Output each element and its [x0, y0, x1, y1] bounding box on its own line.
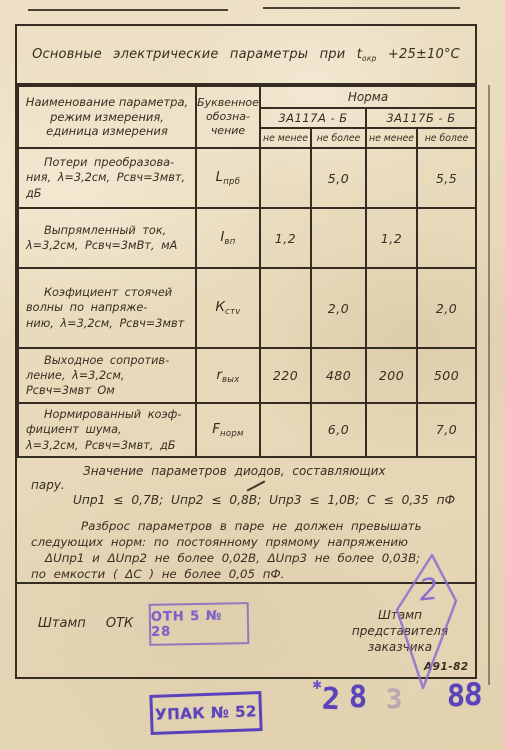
- param-name-cell: Выходное сопротив- ление, λ=3,2см, Рсвч=…: [18, 348, 196, 403]
- param-line: Коэфициент стоячей: [26, 285, 193, 300]
- value-cell: [417, 208, 476, 268]
- top-rule-right: [263, 7, 460, 9]
- table-row: Выпрямленный ток, λ=3,2см, Рсвч=3мВт, мА…: [18, 208, 476, 268]
- param-name-cell: Выпрямленный ток, λ=3,2см, Рсвч=3мВт, мА: [18, 208, 196, 268]
- table-row: Коэфициент стоячей волны по напряже- нию…: [18, 268, 476, 348]
- value-cell: [311, 208, 366, 268]
- header-line: обозна-: [197, 110, 259, 124]
- header-line: режим измерения,: [19, 110, 195, 125]
- header-device-a: 3А117А - Б: [260, 108, 366, 128]
- title-text: Основные электрические параметры при: [32, 47, 345, 62]
- value-cell: 200: [366, 348, 417, 403]
- header-line: единица измерения: [19, 124, 195, 139]
- param-line: Потери преобразова-: [26, 155, 193, 170]
- value-cell: 2,0: [311, 268, 366, 348]
- upak-rubber-stamp: УПАК № 52: [149, 691, 262, 735]
- value-cell: [366, 268, 417, 348]
- pair-note-line: пару.: [31, 478, 463, 492]
- param-line: λ=3,2см, Рсвч=3мВт, мА: [26, 238, 193, 253]
- param-line: Выпрямленный ток,: [26, 223, 193, 238]
- date-stamp-digit: 2: [321, 682, 340, 718]
- symbol-subscript: норм: [220, 429, 244, 439]
- title-row: Основные электрические параметры при tок…: [17, 26, 475, 85]
- symbol-cell: Lпрб: [196, 148, 260, 208]
- header-not-more: не более: [311, 128, 366, 148]
- param-line: волны по напряже-: [26, 300, 193, 315]
- symbol-main: К: [215, 299, 225, 315]
- header-device-b: 3А117Б - Б: [366, 108, 476, 128]
- param-line: фициент шума,: [26, 422, 193, 437]
- symbol-cell: Iвп: [196, 208, 260, 268]
- header-line: чение: [197, 124, 259, 138]
- value-cell: [260, 148, 311, 208]
- header-line: Буквенное: [197, 96, 259, 110]
- header-not-less: не менее: [260, 128, 311, 148]
- symbol-main: F: [212, 421, 220, 437]
- value-cell: [366, 403, 417, 457]
- value-cell: 5,0: [311, 148, 366, 208]
- title-symbol-sub: окр: [362, 54, 376, 63]
- value-cell: 5,5: [417, 148, 476, 208]
- diamond-stamp-number: 2: [417, 572, 440, 609]
- parameters-table: Наименование параметра, режим измерения,…: [17, 85, 477, 458]
- diamond-acceptance-stamp: 2: [392, 550, 464, 692]
- otk-rubber-stamp: ОТН 5 № 28: [149, 602, 250, 646]
- value-cell: 1,2: [366, 208, 417, 268]
- symbol-cell: Кстv: [196, 268, 260, 348]
- pair-note-line: Значение параметров диодов, составляющих: [31, 464, 463, 478]
- param-line: Нормированный коэф-: [26, 407, 193, 422]
- symbol-subscript: стv: [225, 307, 241, 317]
- pair-formula: Uпр1 ≤ 0,7В; Uпр2 ≤ 0,8В; Uпр3 ≤ 1,0В; С…: [31, 493, 463, 507]
- top-rule-left: [28, 9, 228, 11]
- header-not-more: не более: [417, 128, 476, 148]
- value-cell: [260, 403, 311, 457]
- param-line: нию, λ=3,2см, Рсвч=3мвт: [26, 316, 193, 331]
- param-name-cell: Потери преобразова- ния, λ=3,2см, Рсвч=3…: [18, 148, 196, 208]
- table-row: Выходное сопротив- ление, λ=3,2см, Рсвч=…: [18, 348, 476, 403]
- param-line: ния, λ=3,2см, Рсвч=3мвт, дБ: [26, 170, 193, 201]
- page-title: Основные электрические параметры при tок…: [32, 47, 460, 63]
- value-cell: 220: [260, 348, 311, 403]
- title-temperature: +25±10°С: [388, 47, 460, 62]
- value-cell: 1,2: [260, 208, 311, 268]
- header-symbol: Буквенное обозна- чение: [196, 86, 260, 148]
- value-cell: [260, 268, 311, 348]
- header-line: Наименование параметра,: [19, 95, 195, 110]
- spread-line: Разброс параметров в паре не должен прев…: [31, 518, 463, 534]
- otk-stamp-label: Штамп ОТК: [38, 616, 133, 631]
- value-cell: 7,0: [417, 403, 476, 457]
- param-line: ление, λ=3,2см, Рсвч=3мвт Ом: [26, 368, 193, 399]
- param-name-cell: Коэфициент стоячей волны по напряже- нию…: [18, 268, 196, 348]
- value-cell: 2,0: [417, 268, 476, 348]
- scanned-datasheet-page: Основные электрические параметры при tок…: [0, 0, 505, 750]
- value-cell: 500: [417, 348, 476, 403]
- symbol-subscript: вп: [224, 237, 235, 247]
- value-cell: 480: [311, 348, 366, 403]
- symbol-cell: rвых: [196, 348, 260, 403]
- table-row: Потери преобразова- ния, λ=3,2см, Рсвч=3…: [18, 148, 476, 208]
- symbol-subscript: вых: [222, 375, 240, 385]
- header-norm: Норма: [260, 86, 476, 108]
- date-stamp-digit: 8: [463, 677, 484, 714]
- date-stamp-digit: 8: [349, 680, 367, 715]
- date-stamp-digit: 3: [386, 684, 402, 715]
- spread-line: следующих норм: по постоянному прямому н…: [31, 534, 463, 550]
- ink-mark: ✱: [312, 678, 322, 692]
- page-fold-line: [488, 85, 490, 685]
- header-parameter-name: Наименование параметра, режим измерения,…: [18, 86, 196, 148]
- param-line: Выходное сопротив-: [26, 353, 193, 368]
- header-not-less: не менее: [366, 128, 417, 148]
- param-name-cell: Нормированный коэф- фициент шума, λ=3,2с…: [18, 403, 196, 457]
- param-line: λ=3,2см, Рсвч=3мвт, дБ: [26, 438, 193, 453]
- value-cell: 6,0: [311, 403, 366, 457]
- symbol-subscript: прб: [223, 177, 240, 187]
- table-row: Нормированный коэф- фициент шума, λ=3,2с…: [18, 403, 476, 457]
- symbol-cell: Fнорм: [196, 403, 260, 457]
- value-cell: [366, 148, 417, 208]
